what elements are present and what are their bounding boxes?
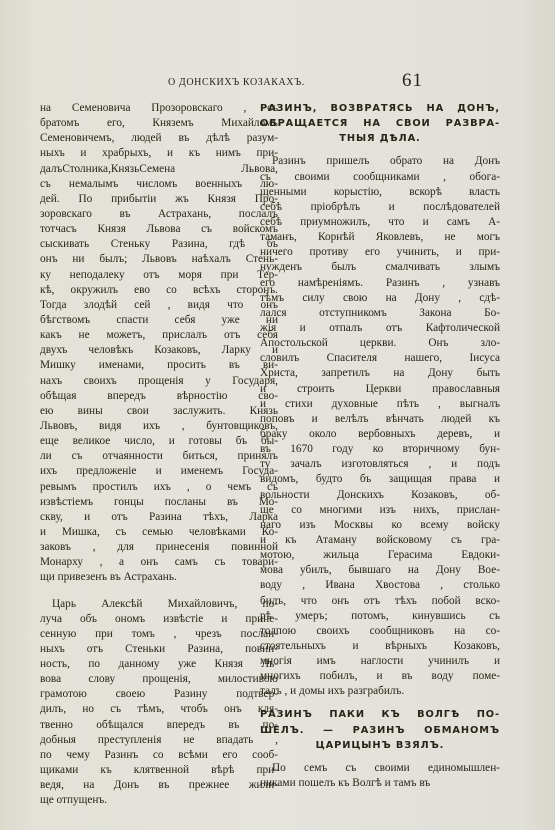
running-title: О донскихъ козакахъ. <box>168 77 305 88</box>
text-line: ще со многими изъ нихъ, прислан- <box>260 503 500 518</box>
text-line: луча объ ономъ извѣстіе и прине- <box>40 612 278 627</box>
text-line: дилъ, но съ тѣмъ, чтобъ онъ кля- <box>40 702 278 717</box>
text-line: и къ Атаману войсковому съ гра- <box>260 533 500 548</box>
text-line: мотою, жильца Герасима Евдоки- <box>260 548 500 563</box>
text-line: скву, и отъ Разина тѣхъ, Ларка <box>40 510 278 525</box>
text-line: съ немалымъ числомъ военныхъ лю- <box>40 177 278 192</box>
text-line: щиками къ клятвенной вѣрѣ при- <box>40 763 278 778</box>
text-line: ихъ предложеніе и именемъ Госуда- <box>40 464 278 479</box>
heading-line: шелъ. — Разинъ обманомъ <box>260 723 500 738</box>
left-column: на Семеновича Прозоровскаго , събратомъ … <box>40 101 278 808</box>
text-line: билъ, что онъ отъ тѣхъ побой вско- <box>260 594 500 609</box>
text-line: ныхъ отъ Стеньки Разина, повин- <box>40 642 278 657</box>
text-line: Львовъ, видя ихъ , бунтовщиковъ, <box>40 419 278 434</box>
right-column: Разинъ, возвратясь на донъ,обращается на… <box>260 101 500 791</box>
text-line: грамотою своею Разину подтвер- <box>40 687 278 702</box>
text-line: на Семеновича Прозоровскаго , съ <box>40 101 278 116</box>
text-line: щи привезенъ въ Астрахань. <box>40 570 278 585</box>
heading-line: Разинъ, возвратясь на донъ, <box>260 101 500 116</box>
text-line: Мишку именами, просить въ ви- <box>40 358 278 373</box>
text-line: бѣгствомъ спасти себя уже ни <box>40 313 278 328</box>
paragraph: По семъ съ своими единомышлен-никами пош… <box>260 761 500 791</box>
text-line: тотчасъ Князя Львова съ войскомъ <box>40 222 278 237</box>
text-line: толпою своихъ сообщниковъ на со- <box>260 624 500 639</box>
section-heading: Разинъ паки къ волгѣ по-шелъ. — Разинъ о… <box>260 707 500 752</box>
text-line: многія имъ наглости учинилъ и <box>260 654 500 669</box>
text-line: ку неподалеку отъ моря при Тер- <box>40 268 278 283</box>
text-line: лался отступникомъ Закона Бо- <box>260 306 500 321</box>
text-line: еще великое число, и готовы бъ бы- <box>40 434 278 449</box>
text-line: сыскивать Стеньку Разина, гдѣ бъ <box>40 237 278 252</box>
text-line: Тогда злодѣй сей , видя что онъ <box>40 298 278 313</box>
paragraph: на Семеновича Прозоровскаго , събратомъ … <box>40 101 278 586</box>
text-line: вольности Донскихъ Козаковъ, об- <box>260 488 500 503</box>
text-line: многихъ побилъ, и въ воду поме- <box>260 669 500 684</box>
text-line: ревымъ простилъ ихъ , о чемъ съ <box>40 480 278 495</box>
text-line: какъ не можетъ, прислалъ отъ себя <box>40 328 278 343</box>
text-line: тѣмъ силу свою на Дону , сдѣ- <box>260 291 500 306</box>
text-line: браку около вербовныхъ деревъ, и <box>260 427 500 442</box>
text-line: Царь Алексѣй Михайловичъ, по- <box>40 597 278 612</box>
text-line: его намѣреніямъ. Разинъ , узнавъ <box>260 276 500 291</box>
text-line: нахъ своихъ прощенія у Государя, <box>40 374 278 389</box>
text-line: добныя преступленія не впадать , <box>40 733 278 748</box>
text-line: ведя, на Донъ въ прежнее жили- <box>40 778 278 793</box>
text-line: нужденъ былъ смалчивать злымъ <box>260 260 500 275</box>
text-line: и стихи духовные пѣть , выгналъ <box>260 397 500 412</box>
text-line: по чему Разинъ со всѣми его сооб- <box>40 748 278 763</box>
text-line: двухъ человѣкъ Козаковъ, Ларку и <box>40 343 278 358</box>
text-line: наго изъ Москвы ко всему войску <box>260 518 500 533</box>
text-line: воду , Ивана Хвостова , столько <box>260 578 500 593</box>
text-line: Семеновичемъ, людей въ дѣлѣ разум- <box>40 131 278 146</box>
text-line: мова убилъ, бывшаго на Дону Вое- <box>260 563 500 578</box>
text-line: По семъ съ своими единомышлен- <box>260 761 500 776</box>
text-line: и Мишка, съ семью человѣками Ко- <box>40 525 278 540</box>
text-line: Христа, запретилъ на Дону быть <box>260 366 500 381</box>
text-line: Монарху , а онъ самъ съ товари- <box>40 555 278 570</box>
text-line: ничего противу его учинить, и при- <box>260 245 500 260</box>
text-line: въ 1670 году ко вторичному бун- <box>260 442 500 457</box>
text-line: Разинъ пришелъ обрато на Донъ <box>260 154 500 169</box>
text-line: братомъ его, Княземъ Михайломъ <box>40 116 278 131</box>
text-line: ность, по данному уже Князя Ль- <box>40 657 278 672</box>
book-page: О донскихъ козакахъ. 61 на Семеновича Пр… <box>0 0 555 830</box>
text-line: себѣ пріобрѣлъ и послѣдователей <box>260 200 500 215</box>
text-line: извѣстіемъ гонцы посланы въ Мо- <box>40 495 278 510</box>
text-line: и строить Церкви православныя <box>260 382 500 397</box>
text-line: словилъ Спасителя нашего, Іисуса <box>260 351 500 366</box>
text-line: твенно обѣщался впередъ въ по- <box>40 718 278 733</box>
text-line: ще отпущенъ. <box>40 793 278 808</box>
text-line: онъ ни былъ; Львовъ наѣхалъ Стень- <box>40 252 278 267</box>
text-line: таманъ, Корнѣй Яковлевъ, не могъ <box>260 230 500 245</box>
text-line: дей. По прибытіи жъ Князя Про- <box>40 192 278 207</box>
text-line: сенную при томъ , чрезъ послан- <box>40 627 278 642</box>
text-line: ею вины свои заслужить. Князь <box>40 404 278 419</box>
text-line: видомъ, будто бъ защищая права и <box>260 472 500 487</box>
text-line: Апостольской церкви. Онъ зло- <box>260 336 500 351</box>
text-line: щенными корыстію, вскорѣ власть <box>260 185 500 200</box>
text-line: ныхъ и храбрыхъ, и къ нимъ при- <box>40 146 278 161</box>
text-line: зоровскаго въ Астрахань, послалъ <box>40 207 278 222</box>
heading-line: тныя дѣла. <box>260 131 500 146</box>
text-line: поповъ и велѣлъ вѣнчать людей къ <box>260 412 500 427</box>
text-line: ту зачалъ изготовляться , и подъ <box>260 457 500 472</box>
text-line: никами пошелъ къ Волгѣ и тамъ въ <box>260 776 500 791</box>
section-heading: Разинъ, возвратясь на донъ,обращается на… <box>260 101 500 146</box>
page-number: 61 <box>402 70 423 92</box>
text-line: обѣщая впередъ вѣрностію сво- <box>40 389 278 404</box>
text-line: себѣ приумножилъ, что и самъ А- <box>260 215 500 230</box>
text-line: талъ , и домы ихъ разграбилъ. <box>260 684 500 699</box>
text-line: кѣ, окружилъ ево со всѣхъ сторонъ. <box>40 283 278 298</box>
text-line: вова слову прощенія, милостивою <box>40 672 278 687</box>
text-line: заковъ , для принесенія повинной <box>40 540 278 555</box>
heading-line: обращается на свои развра- <box>260 116 500 131</box>
paragraph: Разинъ пришелъ обрато на Донъсъ своими с… <box>260 154 500 699</box>
heading-line: Разинъ паки къ волгѣ по- <box>260 707 500 722</box>
text-line: стоятельныхъ и вѣрныхъ Козаковъ, <box>260 639 500 654</box>
text-line: далъСтолника,КнязьСемена Львова, <box>40 162 278 177</box>
heading-line: Царицынъ взялъ. <box>260 738 500 753</box>
text-line: рѣ умеръ; потомъ, кинувшись съ <box>260 609 500 624</box>
text-line: жія и отпалъ отъ Кафтолической <box>260 321 500 336</box>
text-line: ли съ отчаянности биться, принялъ <box>40 449 278 464</box>
paragraph: Царь Алексѣй Михайловичъ, по-луча объ он… <box>40 597 278 809</box>
text-line: съ своими сообщниками , обога- <box>260 170 500 185</box>
